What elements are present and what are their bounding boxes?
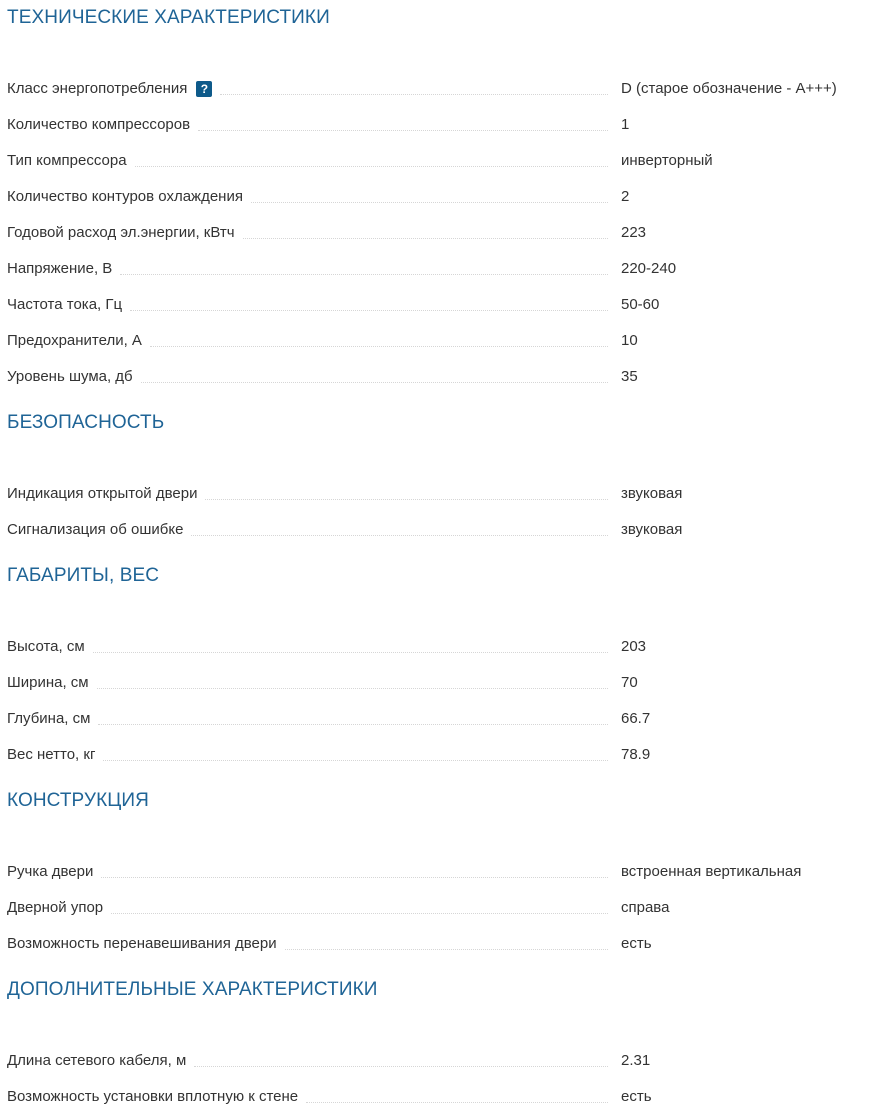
spec-row: Напряжение, В 220-240: [7, 242, 864, 278]
spec-value: есть: [608, 1088, 864, 1106]
spec-label: Количество контуров охлаждения: [7, 188, 251, 206]
spec-label: Предохранители, А: [7, 332, 150, 350]
spec-label: Класс энергопотребления ?: [7, 80, 220, 98]
spec-value: 66.7: [608, 710, 864, 728]
spec-value: 220-240: [608, 260, 864, 278]
dotted-leader: [111, 913, 608, 914]
spec-row: Дверной упор справа: [7, 881, 864, 917]
spec-label: Индикация открытой двери: [7, 485, 205, 503]
spec-list: Высота, см 203 Ширина, см 70 Глубина, см…: [7, 620, 864, 764]
section-additional: ДОПОЛНИТЕЛЬНЫЕ ХАРАКТЕРИСТИКИ Длина сете…: [7, 978, 864, 1106]
dotted-leader: [198, 130, 608, 131]
spec-value: звуковая: [608, 485, 864, 503]
spec-label: Сигнализация об ошибке: [7, 521, 191, 539]
dotted-leader: [135, 166, 608, 167]
section-construction: КОНСТРУКЦИЯ Ручка двери встроенная верти…: [7, 789, 864, 953]
section-technical: ТЕХНИЧЕСКИЕ ХАРАКТЕРИСТИКИ Класс энергоп…: [7, 6, 864, 386]
dotted-leader: [194, 1066, 608, 1067]
spec-value: 223: [608, 224, 864, 242]
spec-value: встроенная вертикальная: [608, 863, 864, 881]
section-title: БЕЗОПАСНОСТЬ: [7, 411, 864, 435]
dotted-leader: [220, 94, 608, 95]
dotted-leader: [93, 652, 608, 653]
spec-row: Возможность установки вплотную к стене е…: [7, 1070, 864, 1106]
spec-list: Класс энергопотребления ? D (старое обоз…: [7, 62, 864, 386]
spec-value: 2.31: [608, 1052, 864, 1070]
spec-row: Количество контуров охлаждения 2: [7, 170, 864, 206]
dotted-leader: [306, 1102, 608, 1103]
spec-value: 50-60: [608, 296, 864, 314]
dotted-leader: [285, 949, 608, 950]
spec-row: Сигнализация об ошибке звуковая: [7, 503, 864, 539]
spec-value: 10: [608, 332, 864, 350]
dotted-leader: [251, 202, 608, 203]
spec-label: Возможность установки вплотную к стене: [7, 1088, 306, 1106]
spec-label: Частота тока, Гц: [7, 296, 130, 314]
spec-row: Уровень шума, дб 35: [7, 350, 864, 386]
dotted-leader: [205, 499, 608, 500]
dotted-leader: [101, 877, 608, 878]
spec-value: 2: [608, 188, 864, 206]
spec-label: Высота, см: [7, 638, 93, 656]
spec-row: Длина сетевого кабеля, м 2.31: [7, 1034, 864, 1070]
spec-label: Годовой расход эл.энергии, кВтч: [7, 224, 243, 242]
spec-value: справа: [608, 899, 864, 917]
spec-row: Глубина, см 66.7: [7, 692, 864, 728]
spec-label: Ширина, см: [7, 674, 97, 692]
spec-row: Частота тока, Гц 50-60: [7, 278, 864, 314]
dotted-leader: [97, 688, 608, 689]
spec-value: звуковая: [608, 521, 864, 539]
spec-value: 1: [608, 116, 864, 134]
spec-label: Ручка двери: [7, 863, 101, 881]
dotted-leader: [120, 274, 608, 275]
spec-value: D (старое обозначение - A+++): [608, 80, 864, 98]
dotted-leader: [243, 238, 608, 239]
spec-list: Длина сетевого кабеля, м 2.31 Возможност…: [7, 1034, 864, 1106]
spec-row: Класс энергопотребления ? D (старое обоз…: [7, 62, 864, 98]
spec-label: Глубина, см: [7, 710, 98, 728]
spec-label: Уровень шума, дб: [7, 368, 141, 386]
section-title: ДОПОЛНИТЕЛЬНЫЕ ХАРАКТЕРИСТИКИ: [7, 978, 864, 1002]
spec-label: Длина сетевого кабеля, м: [7, 1052, 194, 1070]
spec-label: Вес нетто, кг: [7, 746, 103, 764]
spec-row: Предохранители, А 10: [7, 314, 864, 350]
spec-list: Ручка двери встроенная вертикальная Двер…: [7, 845, 864, 953]
dotted-leader: [191, 535, 608, 536]
spec-label: Количество компрессоров: [7, 116, 198, 134]
spec-value: 78.9: [608, 746, 864, 764]
spec-row: Количество компрессоров 1: [7, 98, 864, 134]
spec-row: Возможность перенавешивания двери есть: [7, 917, 864, 953]
section-title: ГАБАРИТЫ, ВЕС: [7, 564, 864, 588]
spec-label-text: Класс энергопотребления: [7, 80, 187, 98]
spec-list: Индикация открытой двери звуковая Сигнал…: [7, 467, 864, 539]
spec-value: 203: [608, 638, 864, 656]
spec-row: Ширина, см 70: [7, 656, 864, 692]
dotted-leader: [103, 760, 608, 761]
spec-value: инверторный: [608, 152, 864, 170]
help-icon[interactable]: ?: [196, 81, 212, 97]
spec-row: Вес нетто, кг 78.9: [7, 728, 864, 764]
spec-row: Ручка двери встроенная вертикальная: [7, 845, 864, 881]
spec-label: Тип компрессора: [7, 152, 135, 170]
spec-value: 35: [608, 368, 864, 386]
section-dimensions: ГАБАРИТЫ, ВЕС Высота, см 203 Ширина, см …: [7, 564, 864, 764]
dotted-leader: [98, 724, 608, 725]
spec-value: есть: [608, 935, 864, 953]
spec-label: Дверной упор: [7, 899, 111, 917]
section-title: КОНСТРУКЦИЯ: [7, 789, 864, 813]
section-safety: БЕЗОПАСНОСТЬ Индикация открытой двери зв…: [7, 411, 864, 539]
spec-row: Тип компрессора инверторный: [7, 134, 864, 170]
spec-row: Индикация открытой двери звуковая: [7, 467, 864, 503]
spec-row: Годовой расход эл.энергии, кВтч 223: [7, 206, 864, 242]
dotted-leader: [130, 310, 608, 311]
section-title: ТЕХНИЧЕСКИЕ ХАРАКТЕРИСТИКИ: [7, 6, 864, 30]
dotted-leader: [150, 346, 608, 347]
spec-label: Возможность перенавешивания двери: [7, 935, 285, 953]
spec-label: Напряжение, В: [7, 260, 120, 278]
spec-value: 70: [608, 674, 864, 692]
spec-row: Высота, см 203: [7, 620, 864, 656]
dotted-leader: [141, 382, 608, 383]
